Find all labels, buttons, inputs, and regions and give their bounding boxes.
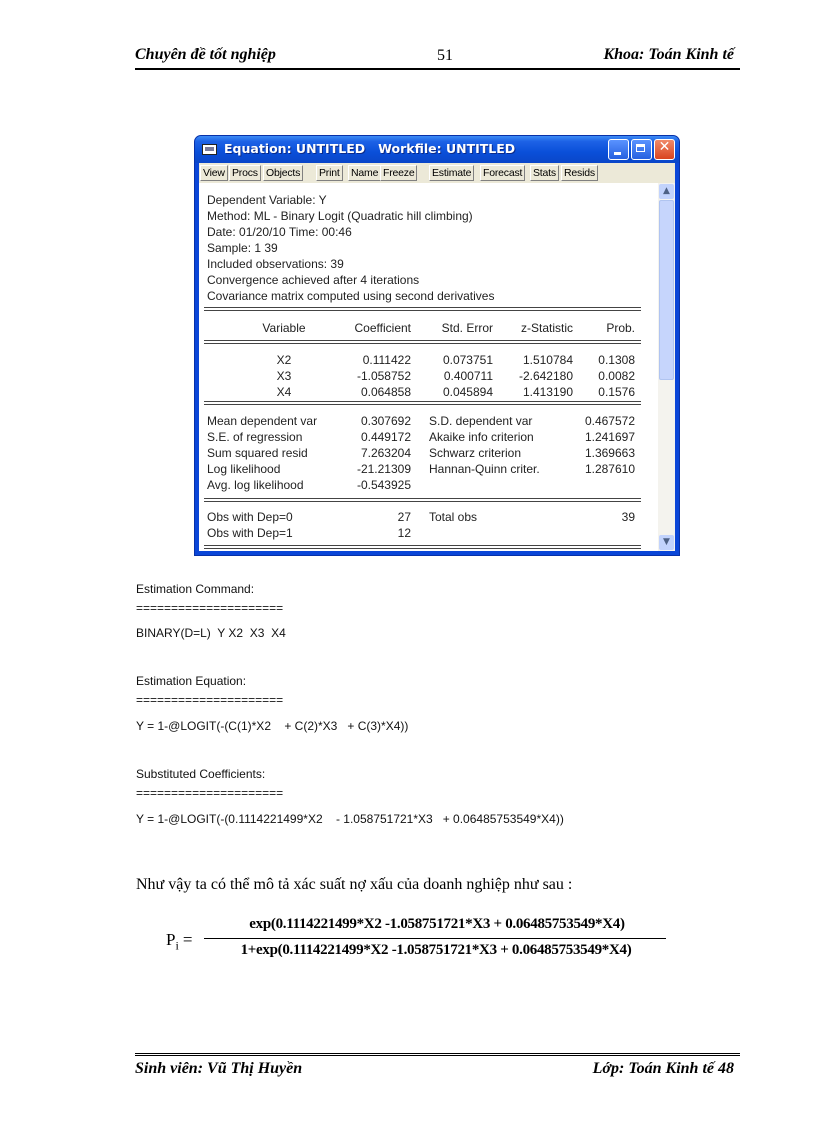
info-convergence: Convergence achieved after 4 iterations: [207, 273, 419, 287]
estimation-equation-label: Estimation Equation:: [136, 674, 246, 688]
divider: [204, 340, 641, 344]
window-titlebar[interactable]: Equation: UNTITLED Workfile: UNTITLED ✕: [195, 136, 679, 163]
fraction-bar: [204, 938, 666, 939]
substituted-equation: Y = 1-@LOGIT(-(0.1114221499*X2 - 1.05875…: [136, 812, 564, 826]
stat-label: Akaike info criterion: [429, 430, 534, 444]
std-error: 0.073751: [419, 353, 493, 367]
stat-label: Avg. log likelihood: [207, 478, 304, 492]
info-covariance: Covariance matrix computed using second …: [207, 289, 494, 303]
footer-right: Lớp: Toán Kinh tế 48: [593, 1060, 734, 1078]
header-std-error: Std. Error: [419, 321, 493, 335]
stat-value: 7.263204: [329, 446, 411, 460]
obs-value: 27: [329, 510, 411, 524]
obs-value: 39: [559, 510, 635, 524]
toolbar-freeze-button[interactable]: Freeze: [380, 165, 417, 181]
close-button[interactable]: ✕: [654, 139, 675, 160]
estimation-equation: Y = 1-@LOGIT(-(C(1)*X2 + C(2)*X3 + C(3)*…: [136, 719, 408, 733]
formula-lhs: Pi=: [166, 930, 192, 953]
divider: [204, 401, 641, 405]
vertical-scrollbar[interactable]: ▲ ▼: [658, 183, 675, 551]
stat-value: -0.543925: [329, 478, 411, 492]
obs-label: Obs with Dep=0: [207, 510, 293, 524]
minimize-button[interactable]: [608, 139, 629, 160]
toolbar-print-button[interactable]: Print: [316, 165, 343, 181]
std-error: 0.400711: [419, 369, 493, 383]
footer-left: Sinh viên: Vũ Thị Huyền: [135, 1060, 302, 1078]
page-number: 51: [437, 47, 453, 65]
output-pane: Dependent Variable: Y Method: ML - Binar…: [199, 183, 675, 551]
toolbar-view-button[interactable]: View: [200, 165, 228, 181]
stat-value: -21.21309: [329, 462, 411, 476]
toolbar-name-button[interactable]: Name: [348, 165, 381, 181]
z-statistic: 1.510784: [495, 353, 573, 367]
variable-name: X2: [239, 353, 329, 367]
coefficient: 0.111422: [329, 353, 411, 367]
info-method: Method: ML - Binary Logit (Quadratic hil…: [207, 209, 473, 223]
toolbar-resids-button[interactable]: Resids: [561, 165, 598, 181]
stat-value: 0.307692: [329, 414, 411, 428]
prob: 0.0082: [579, 369, 635, 383]
estimation-output: Dependent Variable: Y Method: ML - Binar…: [199, 183, 659, 551]
stat-label: Schwarz criterion: [429, 446, 521, 460]
stat-label: Mean dependent var: [207, 414, 317, 428]
coefficient: -1.058752: [329, 369, 411, 383]
probability-formula: Pi= exp(0.1114221499*X2 -1.058751721*X3 …: [166, 916, 686, 966]
stat-label: S.E. of regression: [207, 430, 302, 444]
maximize-button[interactable]: [631, 139, 652, 160]
header-left: Chuyên đề tốt nghiệp: [135, 46, 276, 64]
header-right: Khoa: Toán Kinh tế: [603, 46, 734, 64]
prob: 0.1576: [579, 385, 635, 399]
obs-label: Obs with Dep=1: [207, 526, 293, 540]
header-variable: Variable: [239, 321, 329, 335]
z-statistic: -2.642180: [495, 369, 573, 383]
divider: [204, 307, 641, 311]
header-z-statistic: z-Statistic: [495, 321, 573, 335]
estimation-command-label: Estimation Command:: [136, 582, 254, 596]
toolbar-objects-button[interactable]: Objects: [263, 165, 303, 181]
separator: =====================: [136, 786, 283, 800]
std-error: 0.045894: [419, 385, 493, 399]
description-paragraph: Như vậy ta có thể mô tả xác suất nợ xấu …: [136, 876, 572, 894]
equation-window-icon: [202, 144, 217, 155]
header-prob: Prob.: [579, 321, 635, 335]
scroll-thumb[interactable]: [659, 200, 674, 380]
stat-label: Log likelihood: [207, 462, 280, 476]
obs-value: 12: [329, 526, 411, 540]
separator: =====================: [136, 601, 283, 615]
stat-value: 1.369663: [559, 446, 635, 460]
estimation-command: BINARY(D=L) Y X2 X3 X4: [136, 626, 286, 640]
info-dependent-variable: Dependent Variable: Y: [207, 193, 327, 207]
toolbar-stats-button[interactable]: Stats: [530, 165, 559, 181]
stat-label: Sum squared resid: [207, 446, 308, 460]
stat-label: Hannan-Quinn criter.: [429, 462, 540, 476]
coefficient: 0.064858: [329, 385, 411, 399]
equation-window: Equation: UNTITLED Workfile: UNTITLED ✕ …: [194, 135, 680, 556]
substituted-coefficients-label: Substituted Coefficients:: [136, 767, 265, 781]
info-sample: Sample: 1 39: [207, 241, 278, 255]
stat-value: 0.449172: [329, 430, 411, 444]
page-footer: Sinh viên: Vũ Thị Huyền Lớp: Toán Kinh t…: [135, 1053, 740, 1082]
stat-value: 0.467572: [559, 414, 635, 428]
obs-label: Total obs: [429, 510, 477, 524]
formula-numerator: exp(0.1114221499*X2 -1.058751721*X3 + 0.…: [206, 916, 668, 933]
page-header: Chuyên đề tốt nghiệp 51 Khoa: Toán Kinh …: [135, 44, 740, 70]
divider: [204, 545, 641, 549]
variable-name: X3: [239, 369, 329, 383]
scroll-down-icon[interactable]: ▼: [659, 535, 674, 550]
formula-denominator: 1+exp(0.1114221499*X2 -1.058751721*X3 + …: [204, 942, 668, 959]
toolbar-forecast-button[interactable]: Forecast: [480, 165, 525, 181]
prob: 0.1308: [579, 353, 635, 367]
header-coefficient: Coefficient: [329, 321, 411, 335]
close-icon: ✕: [655, 139, 674, 155]
stat-label: S.D. dependent var: [429, 414, 532, 428]
separator: =====================: [136, 693, 283, 707]
scroll-up-icon[interactable]: ▲: [659, 184, 674, 199]
stat-value: 1.287610: [559, 462, 635, 476]
window-title: Equation: UNTITLED Workfile: UNTITLED: [224, 141, 515, 156]
z-statistic: 1.413190: [495, 385, 573, 399]
stat-value: 1.241697: [559, 430, 635, 444]
toolbar: View Procs Objects Print Name Freeze Est…: [199, 163, 675, 183]
info-observations: Included observations: 39: [207, 257, 344, 271]
variable-name: X4: [239, 385, 329, 399]
toolbar-procs-button[interactable]: Procs: [229, 165, 261, 181]
toolbar-estimate-button[interactable]: Estimate: [429, 165, 474, 181]
info-date-time: Date: 01/20/10 Time: 00:46: [207, 225, 352, 239]
divider: [204, 498, 641, 502]
